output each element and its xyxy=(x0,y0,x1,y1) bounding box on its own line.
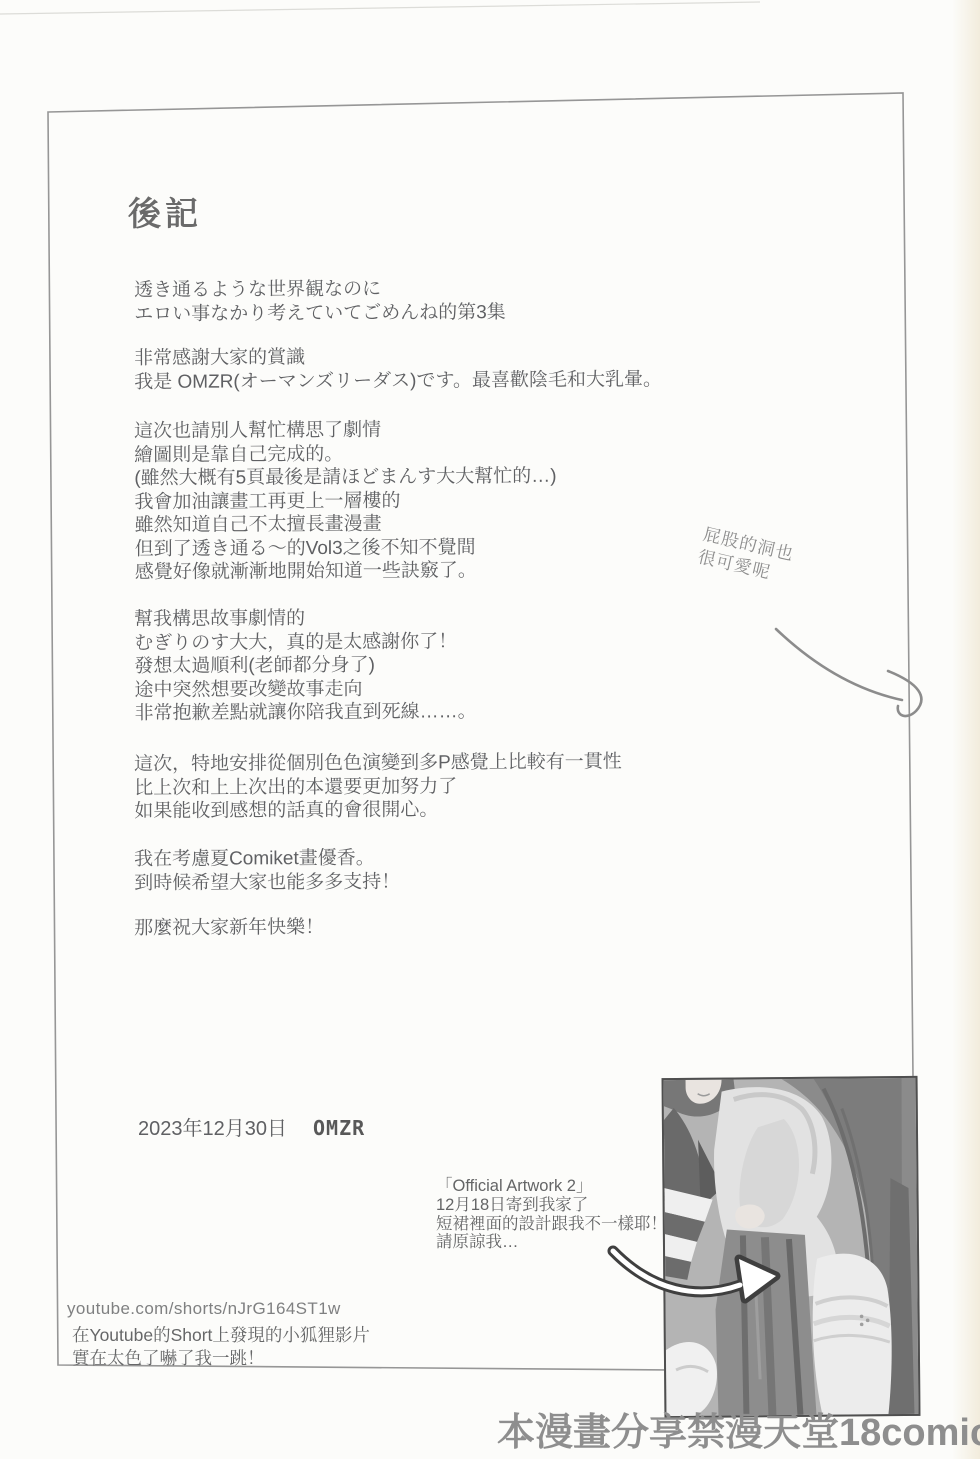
text-line: 我會加油讓畫工再更上一層樓的 xyxy=(134,488,556,514)
youtube-note: 在Youtube的Short上發現的小狐狸影片 實在太色了嚇了我一跳！ xyxy=(72,1324,370,1369)
paragraph-next-plans: 我在考慮夏Comiket畫優香。 到時候希望大家也能多多支持！ xyxy=(134,847,400,895)
text-line: 非常感謝大家的賞識 xyxy=(134,344,662,370)
text-line: 這次也請別人幫忙構思了劇情 xyxy=(134,418,556,444)
page-title: 後記 xyxy=(128,188,202,235)
text-line: 12月18日寄到我家了 xyxy=(436,1196,667,1215)
text-line: 雖然知道自己不太擅長畫漫畫 xyxy=(134,512,556,538)
artwork-photo-illustration xyxy=(664,1078,919,1416)
paragraph-intro: 透き通るような世界観なのに エロい事なかり考えていてごめんね的第3集 xyxy=(134,277,506,326)
paragraph-thanks: 非常感謝大家的賞識 我是 OMZR(オーマンズリーダス)です。最喜歡陰毛和大乳暈… xyxy=(134,344,662,394)
text-line: エロい事なかり考えていてごめんね的第3集 xyxy=(134,301,506,326)
paragraph-volume-notes: 這次，特地安排從個別色色演變到多P感覺上比較有一貫性 比上次和上上次出的本還要更… xyxy=(134,750,622,823)
text-line: 「Official Artwork 2」 xyxy=(436,1177,667,1196)
text-line: 感覺好像就漸漸地開始知道一些訣竅了。 xyxy=(135,559,557,585)
text-line: 但到了透き通る～的Vol3之後不知不覺間 xyxy=(135,535,557,561)
date-signature-line: 2023年12月30日OMZR xyxy=(138,1112,365,1141)
text-line: むぎりのす大大，真的是太感謝你了！ xyxy=(134,630,476,655)
afterword-page: 後記 透き通るような世界観なのに エロい事なかり考えていてごめんね的第3集 非常… xyxy=(0,0,980,1459)
youtube-url-text: youtube.com/shorts/nJrG164ST1w xyxy=(67,1299,341,1319)
text-line: 非常抱歉差點就讓你陪我直到死線……。 xyxy=(134,700,476,725)
paragraph-story-credit: 幫我構思故事劇情的 むぎりのす大大，真的是太感謝你了！ 發想太過順利(老師都分身… xyxy=(134,606,477,725)
text-line: 幫我構思故事劇情的 xyxy=(134,606,476,631)
scan-artifact-line xyxy=(0,2,760,14)
text-line: 短裙裡面的設計跟我不一樣耶！ xyxy=(436,1215,667,1234)
paragraph-production: 這次也請別人幫忙構思了劇情 繪圖則是靠自己完成的。 (雖然大概有5頁最後是請ほど… xyxy=(134,418,557,585)
text-line: 在Youtube的Short上發現的小狐狸影片 xyxy=(72,1324,370,1347)
artwork-photo xyxy=(662,1076,921,1418)
text-line: 到時候希望大家也能多多支持！ xyxy=(134,870,400,895)
date-text: 2023年12月30日 xyxy=(138,1118,287,1140)
text-line: 透き通るような世界観なのに xyxy=(134,277,506,302)
text-line: 這次，特地安排從個別色色演變到多P感覺上比較有一貫性 xyxy=(134,750,622,776)
text-line: 我是 OMZR(オーマンズリーダス)です。最喜歡陰毛和大乳暈。 xyxy=(134,368,662,394)
text-line: 那麼祝大家新年快樂！ xyxy=(134,916,324,940)
author-signature: OMZR xyxy=(313,1116,365,1140)
text-line: 實在太色了嚇了我一跳！ xyxy=(72,1347,370,1370)
text-line: (雖然大概有5頁最後是請ほどまんす大大幫忙的…) xyxy=(134,465,556,491)
paragraph-new-year: 那麼祝大家新年快樂！ xyxy=(134,916,324,940)
text-line: 發想太過順利(老師都分身了) xyxy=(134,653,476,678)
text-line: 如果能收到感想的話真的會很開心。 xyxy=(134,797,622,823)
text-line: 繪圖則是靠自己完成的。 xyxy=(134,441,556,467)
artwork-note: 「Official Artwork 2」 12月18日寄到我家了 短裙裡面的設計… xyxy=(436,1177,667,1252)
text-line: 我在考慮夏Comiket畫優香。 xyxy=(134,847,400,872)
text-line: 途中突然想要改變故事走向 xyxy=(134,677,476,702)
text-line: 比上次和上上次出的本還要更加努力了 xyxy=(134,774,622,800)
text-line: 請原諒我… xyxy=(436,1233,667,1252)
watermark-text: 本漫畫分享禁漫天堂18comic xyxy=(497,1401,980,1456)
